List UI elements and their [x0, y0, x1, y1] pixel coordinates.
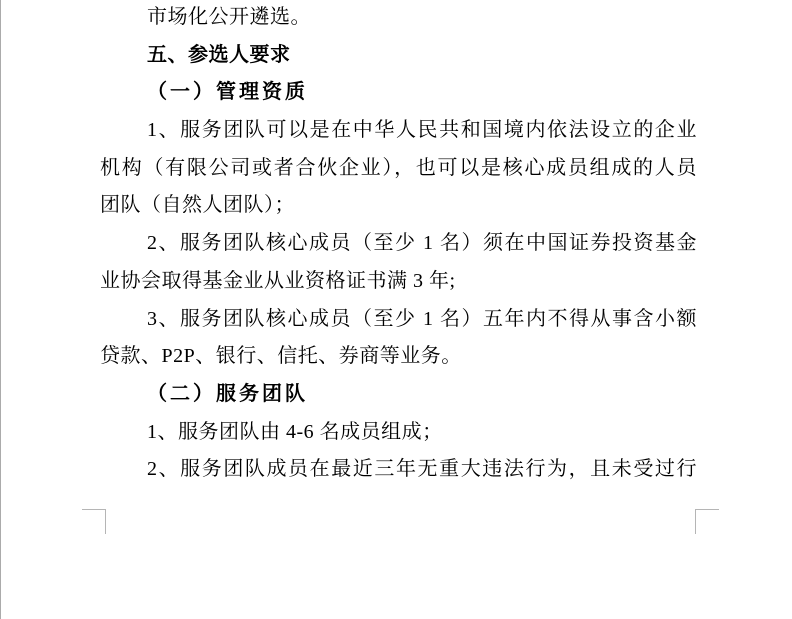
- document-text-area: 市场化公开遴选。 五、参选人要求 （一）管理资质 1、服务团队可以是在中华人民共…: [100, 0, 697, 489]
- heading-sub-one-qualification[interactable]: （一）管理资质: [100, 74, 697, 112]
- para-team-size[interactable]: 1、服务团队由 4-6 名成员组成；: [100, 414, 697, 452]
- para-item1-line3[interactable]: 团队（自然人团队）；: [100, 187, 697, 225]
- document-page: 市场化公开遴选。 五、参选人要求 （一）管理资质 1、服务团队可以是在中华人民共…: [0, 0, 792, 619]
- para-item3-line1[interactable]: 3、服务团队核心成员（至少 1 名）五年内不得从事含小额: [100, 301, 697, 339]
- para-item2-line2[interactable]: 业协会取得基金业从业资格证书满 3 年;: [100, 263, 697, 301]
- heading-section-five[interactable]: 五、参选人要求: [100, 37, 697, 75]
- para-item3-line2[interactable]: 贷款、P2P、银行、信托、券商等业务。: [100, 338, 697, 376]
- para-item1-line2[interactable]: 机构（有限公司或者合伙企业），也可以是核心成员组成的人员: [100, 150, 697, 188]
- heading-sub-two-service-team[interactable]: （二）服务团队: [100, 376, 697, 414]
- para-team-conduct-line1[interactable]: 2、服务团队成员在最近三年无重大违法行为，且未受过行: [100, 451, 697, 489]
- page-left-edge-line: [0, 0, 1, 619]
- para-end-market-selection[interactable]: 市场化公开遴选。: [100, 0, 697, 37]
- bottom-right-margin-mark: [695, 509, 719, 534]
- para-item1-line1[interactable]: 1、服务团队可以是在中华人民共和国境内依法设立的企业: [100, 112, 697, 150]
- bottom-left-margin-mark: [82, 509, 106, 534]
- para-item2-line1[interactable]: 2、服务团队核心成员（至少 1 名）须在中国证券投资基金: [100, 225, 697, 263]
